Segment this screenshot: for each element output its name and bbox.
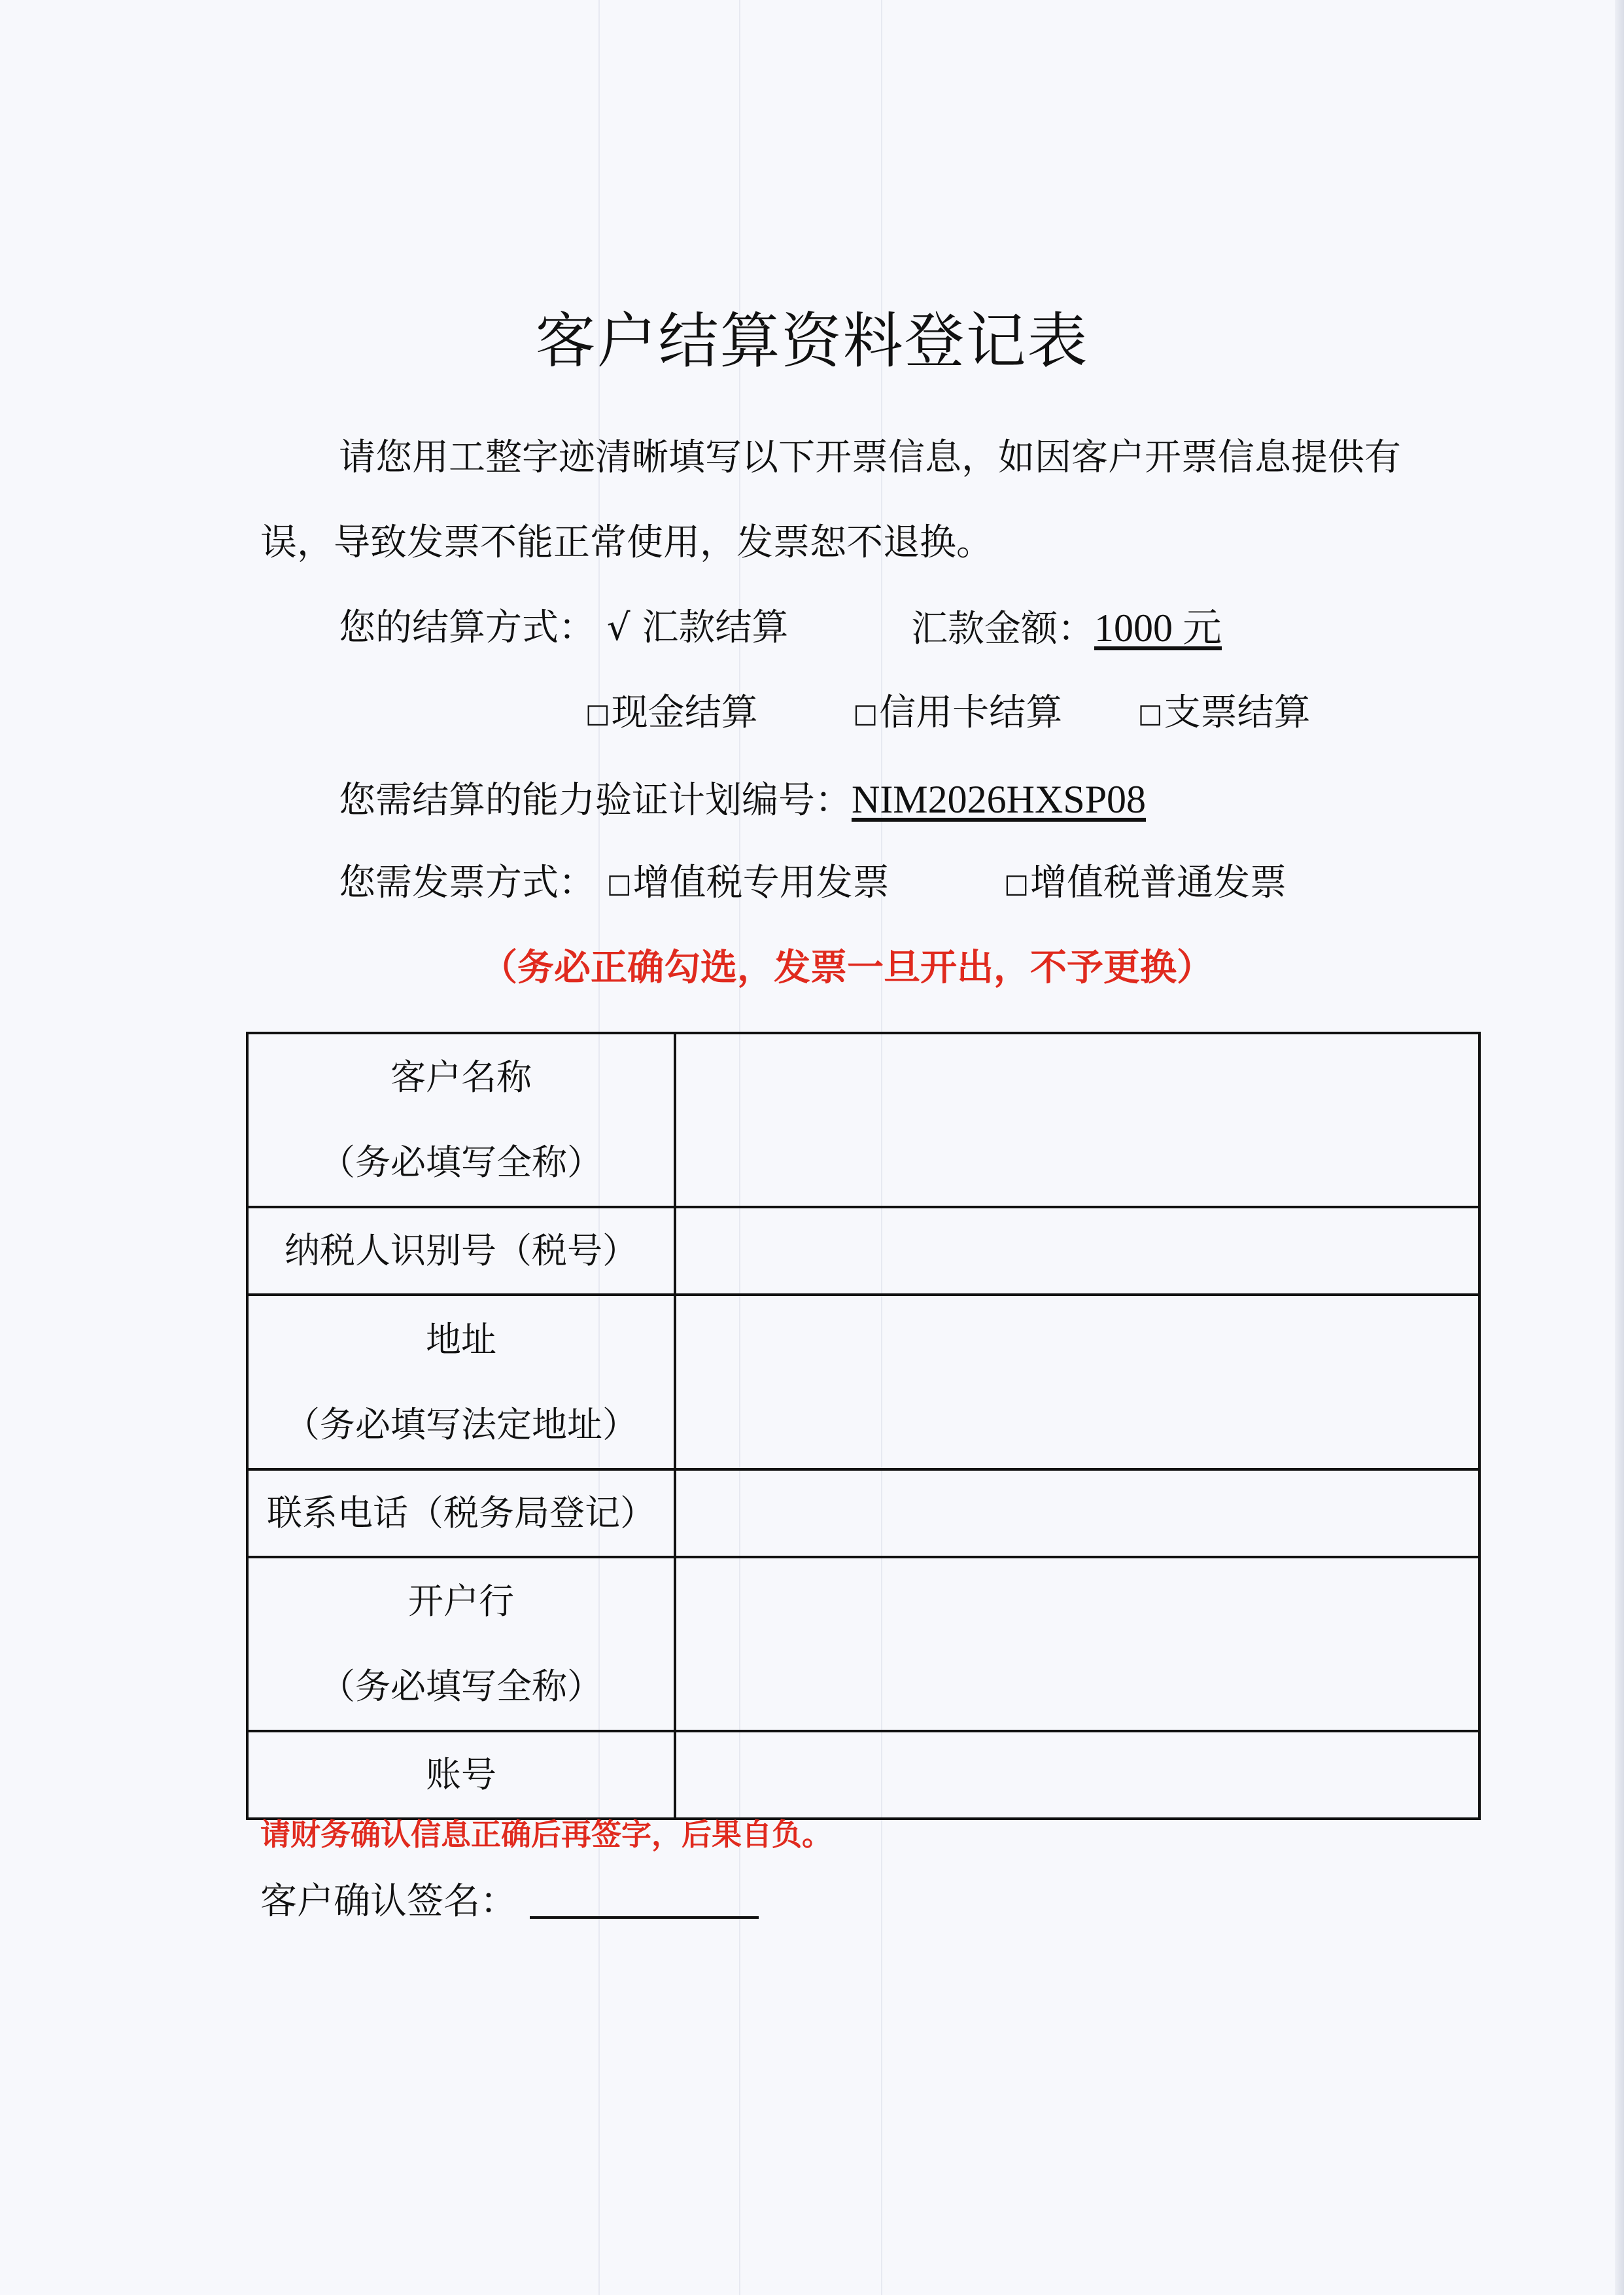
footer-warning: 请财务确认信息正确后再签字，后果自负。: [260, 1813, 832, 1855]
row-label: 开户行 （务必填写全称）: [247, 1557, 675, 1731]
intro-line-1: 请您用工整字迹清晰填写以下开票信息，如因客户开票信息提供有: [339, 437, 1401, 479]
label-text: 地址: [249, 1297, 674, 1382]
amount-field: 汇款金额：1000 元: [911, 607, 1222, 650]
page-title: 客户结算资料登记表: [0, 293, 1624, 379]
checkbox-icon: □: [585, 693, 610, 735]
option-label: 支票结算: [1164, 692, 1311, 734]
table-row-tax-id: 纳税人识别号（税号）: [247, 1207, 1479, 1295]
plan-number-row: 您需结算的能力验证计划编号：NIM2026HXSP08: [339, 779, 1146, 822]
table-row-account: 账号: [247, 1731, 1479, 1819]
checkbox-icon: □: [607, 863, 632, 905]
label-text: 联系电话（税务局登记）: [249, 1471, 674, 1556]
row-label: 地址 （务必填写法定地址）: [247, 1295, 675, 1469]
billing-info-table: 客户名称 （务必填写全称） 纳税人识别号（税号） 地址 （务必填写法定地址） 联…: [246, 1032, 1481, 1820]
invoice-warning: （务必正确勾选，发票一旦开出，不予更换）: [481, 947, 1213, 989]
row-label: 客户名称 （务必填写全称）: [247, 1033, 675, 1207]
amount-value[interactable]: 1000 元: [1094, 606, 1222, 650]
amount-label: 汇款金额：: [911, 608, 1094, 650]
table-row-bank: 开户行 （务必填写全称）: [247, 1557, 1479, 1731]
option-label: 汇款结算: [642, 606, 788, 649]
intro-line-2: 误，导致发票不能正常使用，发票恕不退换。: [260, 522, 993, 564]
settlement-label: 您的结算方式：: [339, 606, 595, 649]
plan-number-value[interactable]: NIM2026HXSP08: [852, 778, 1146, 821]
table-row-address: 地址 （务必填写法定地址）: [247, 1295, 1479, 1469]
bank-field[interactable]: [675, 1557, 1479, 1731]
label-text: 客户名称: [249, 1035, 674, 1120]
signature-field[interactable]: [530, 1890, 759, 1919]
label-text: 纳税人识别号（税号）: [249, 1208, 674, 1293]
settlement-option-cheque[interactable]: □支票结算: [1138, 692, 1311, 734]
option-label: 现金结算: [612, 692, 758, 734]
invoice-option-special-vat[interactable]: □增值税专用发票: [607, 862, 890, 904]
account-field[interactable]: [675, 1731, 1479, 1819]
checkbox-icon: □: [1138, 693, 1163, 735]
checkmark-icon: √: [607, 606, 631, 649]
invoice-type-label: 您需发票方式：: [339, 862, 595, 904]
table-row-phone: 联系电话（税务局登记）: [247, 1469, 1479, 1557]
label-note: （务必填写全称）: [249, 1120, 674, 1205]
settlement-option-wire[interactable]: √ 汇款结算: [607, 606, 789, 649]
settlement-option-cash[interactable]: □现金结算: [585, 692, 758, 734]
label-note: （务必填写全称）: [249, 1644, 674, 1729]
settlement-options-row: □现金结算 □信用卡结算 □支票结算: [585, 692, 1311, 735]
plan-number-label: 您需结算的能力验证计划编号：: [339, 779, 852, 822]
checkbox-icon: □: [853, 693, 878, 735]
table-row-customer-name: 客户名称 （务必填写全称）: [247, 1033, 1479, 1207]
option-label: 增值税专用发票: [633, 862, 890, 904]
label-text: 账号: [249, 1732, 674, 1817]
checkbox-icon: □: [1004, 863, 1029, 905]
invoice-option-general-vat[interactable]: □增值税普通发票: [1004, 862, 1287, 904]
customer-name-field[interactable]: [675, 1033, 1479, 1207]
row-label: 联系电话（税务局登记）: [247, 1469, 675, 1557]
signature-label: 客户确认签名：: [260, 1880, 517, 1923]
row-label: 纳税人识别号（税号）: [247, 1207, 675, 1295]
option-label: 信用卡结算: [879, 692, 1062, 734]
option-label: 增值税普通发票: [1030, 862, 1287, 904]
label-text: 开户行: [249, 1559, 674, 1644]
label-note: （务必填写法定地址）: [249, 1382, 674, 1467]
row-label: 账号: [247, 1731, 675, 1819]
tax-id-field[interactable]: [675, 1207, 1479, 1295]
signature-row: 客户确认签名：: [260, 1881, 759, 1923]
settlement-option-credit-card[interactable]: □信用卡结算: [853, 692, 1062, 734]
settlement-row: 您的结算方式： √ 汇款结算: [339, 607, 788, 649]
address-field[interactable]: [675, 1295, 1479, 1469]
invoice-type-row: 您需发票方式： □增值税专用发票 □增值税普通发票: [339, 862, 1287, 905]
phone-field[interactable]: [675, 1469, 1479, 1557]
